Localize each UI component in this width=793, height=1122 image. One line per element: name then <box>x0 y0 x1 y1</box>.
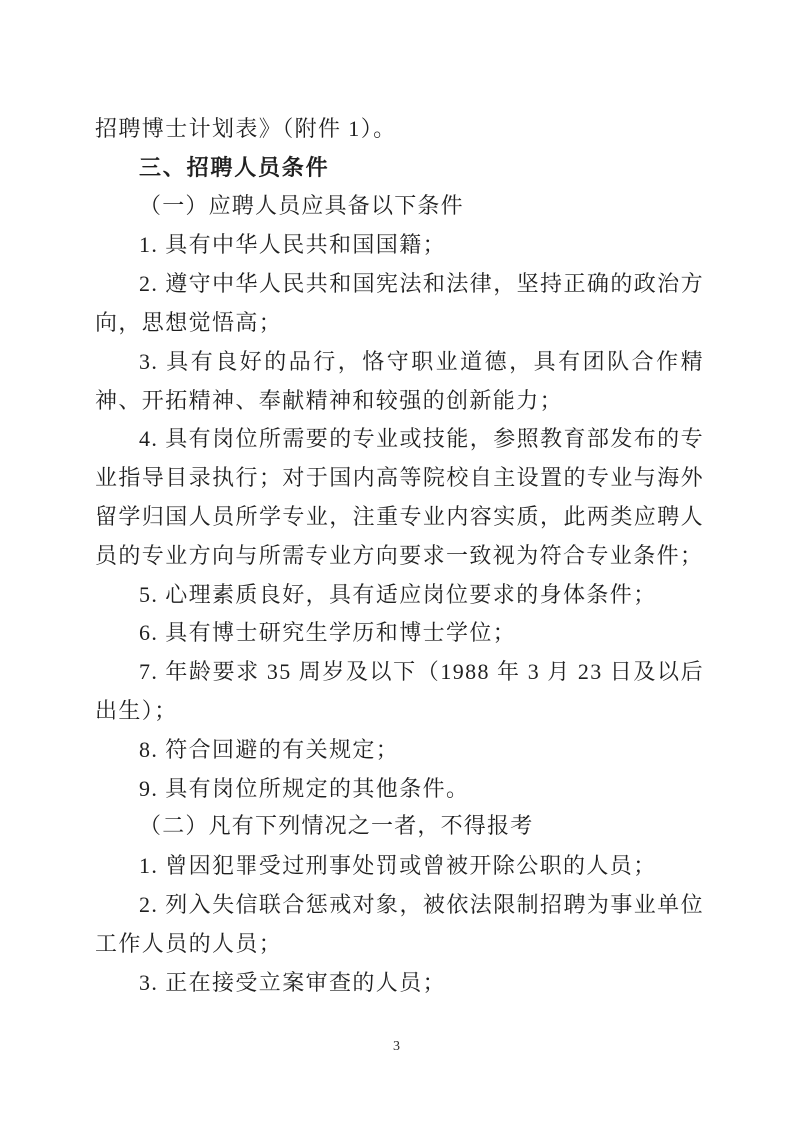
disqualification-item-1: 1. 曾因犯罪受过刑事处罚或曾被开除公职的人员； <box>95 847 704 886</box>
subsection-heading-disqualifications: （二）凡有下列情况之一者，不得报考 <box>95 808 704 847</box>
disqualification-item-2: 2. 列入失信联合惩戒对象，被依法限制招聘为事业单位工作人员的人员； <box>95 886 704 964</box>
document-body: 招聘博士计划表》（附件 1）。 三、招聘人员条件 （一）应聘人员应具备以下条件 … <box>95 110 704 1002</box>
condition-item-4: 4. 具有岗位所需要的专业或技能，参照教育部发布的专业指导目录执行；对于国内高等… <box>95 420 704 575</box>
condition-item-2: 2. 遵守中华人民共和国宪法和法律，坚持正确的政治方向，思想觉悟高； <box>95 265 704 343</box>
condition-item-1: 1. 具有中华人民共和国国籍； <box>95 226 704 265</box>
paragraph-attachment-reference: 招聘博士计划表》（附件 1）。 <box>95 110 704 149</box>
condition-item-9: 9. 具有岗位所规定的其他条件。 <box>95 770 704 809</box>
condition-item-5: 5. 心理素质良好，具有适应岗位要求的身体条件； <box>95 576 704 615</box>
condition-item-7: 7. 年龄要求 35 周岁及以下（1988 年 3 月 23 日及以后出生）； <box>95 653 704 731</box>
condition-item-8: 8. 符合回避的有关规定； <box>95 731 704 770</box>
subsection-heading-required-conditions: （一）应聘人员应具备以下条件 <box>95 188 704 227</box>
disqualification-item-3: 3. 正在接受立案审查的人员； <box>95 964 704 1003</box>
section-heading-recruitment-conditions: 三、招聘人员条件 <box>95 149 704 188</box>
condition-item-6: 6. 具有博士研究生学历和博士学位； <box>95 614 704 653</box>
document-page: 招聘博士计划表》（附件 1）。 三、招聘人员条件 （一）应聘人员应具备以下条件 … <box>0 0 793 1122</box>
condition-item-3: 3. 具有良好的品行，恪守职业道德，具有团队合作精神、开拓精神、奉献精神和较强的… <box>95 343 704 421</box>
page-number: 3 <box>0 1037 793 1057</box>
